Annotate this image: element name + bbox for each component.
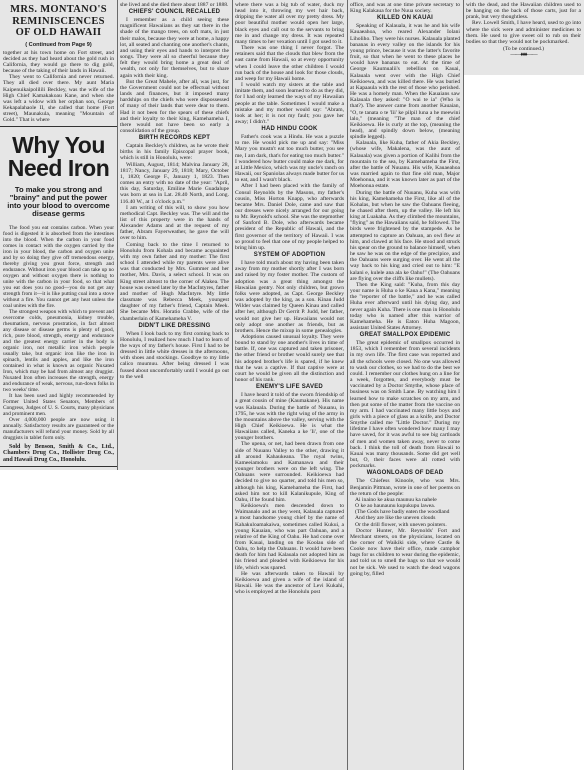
paragraph: I have heard it told of the sworn friend… xyxy=(235,392,344,441)
paragraph: Keikioewa's men descended down to Waiman… xyxy=(235,503,344,571)
end-ornament: ——♦♦♦—— xyxy=(466,52,581,58)
column-3: where there was a big tub of water, duck… xyxy=(232,0,347,770)
subhead-enemy-life: ENEMY'S LIFE SAVED xyxy=(235,384,344,391)
column-rule xyxy=(232,0,233,770)
poem-line: Or the drill flower, with uneven pointer… xyxy=(350,522,460,528)
paragraph: Adoptions caused unusual loyalty. They w… xyxy=(235,334,344,383)
paragraph: I would watch my sisters at the table an… xyxy=(235,82,344,125)
ad-sold-by: Sold by Benson, Smith & Co., Ltd., Chamb… xyxy=(3,444,114,464)
iron-advertisement: Why You Need Iron To make you strong and… xyxy=(0,126,117,467)
subhead-wagonloads: WAGONLOADS OF DEAD xyxy=(350,470,460,477)
paragraph: Father's cook was a Hindu. He was a puzz… xyxy=(235,134,344,183)
paragraph: Speaking of Kalauala, it was he and his … xyxy=(350,23,460,140)
ad-headline: Why You Need Iron xyxy=(3,134,114,180)
subhead-birth-records: BIRTH RECORDS KEPT xyxy=(120,135,229,142)
column-1: MRS. MONTANO'S REMINISCENCES OF OLD HAWA… xyxy=(0,0,117,470)
paragraph: Coming back to the time I returned to Ho… xyxy=(120,242,229,322)
ad-subheadline: To make you strong and "brainy" and put … xyxy=(3,186,114,219)
paragraph: I have told much about my having been ta… xyxy=(235,260,344,334)
column-rule xyxy=(117,0,118,470)
ad-paragraph: Over 4,000,000 people are now using it a… xyxy=(3,417,114,441)
ad-body: The food you eat contains carbon. When y… xyxy=(3,225,114,464)
paragraph: Rev. Lowell Smith, I have heard, used to… xyxy=(466,20,581,45)
subhead-chiefs-council: CHIEFS' COUNCIL RECALLED xyxy=(120,9,229,16)
column-2: she lived and she died there about 1887 … xyxy=(117,0,232,470)
ad-headline-line: Need Iron xyxy=(3,157,114,180)
paragraph: Then the King said: "Kuha, from this day… xyxy=(350,282,460,331)
paragraph: But the Great Mahele, after all, was jus… xyxy=(120,79,229,134)
title-line: OF OLD HAWAII xyxy=(3,27,114,39)
paragraph: Doctor Hunter, Mr. Reynolds' Fort and Me… xyxy=(350,528,460,577)
paragraph: The Chiefess Kinoole, who was Mrs. Benja… xyxy=(350,478,460,496)
paragraph: she lived and she died there about 1887 … xyxy=(120,2,229,8)
ad-paragraph: It has been used and highly recommended … xyxy=(3,393,114,417)
subhead-smallpox: GREAT SMALLPOX EPIDEMIC xyxy=(350,332,460,339)
column-rule xyxy=(463,0,464,770)
paragraph: Captain Beckley's children, as he wrote … xyxy=(120,143,229,161)
paragraph: There was one thing I never forgot. The … xyxy=(235,45,344,82)
title-line: REMINISCENCES xyxy=(3,16,114,28)
subhead-adoption: SYSTEM OF ADOPTION xyxy=(235,252,344,259)
paragraph: together at his town home on Fort street… xyxy=(3,50,114,75)
paragraph: Kalauala, like Kuha, father of Akia Beck… xyxy=(350,140,460,189)
paragraph: where there was a big tub of water, duck… xyxy=(235,2,344,45)
paragraph: After I had been placed with the family … xyxy=(235,183,344,251)
ad-headline-line: Why You xyxy=(3,134,114,157)
paragraph: office, and was at one time private secr… xyxy=(350,2,460,14)
article-title: MRS. MONTANO'S REMINISCENCES OF OLD HAWA… xyxy=(3,4,114,39)
subhead-hindu-cook: HAD HINDU COOK xyxy=(235,126,344,133)
subhead-dressing: DIDN'T LIKE DRESSING xyxy=(120,323,229,330)
paragraph: William, August, 1814; Malvina January 2… xyxy=(120,162,229,205)
paragraph: The great epidemic of smallpox occurred … xyxy=(350,340,460,469)
ad-paragraph: The food you eat contains carbon. When y… xyxy=(3,225,114,309)
continued-from-note: ( Continued from Page 9) xyxy=(3,42,114,48)
paragraph: I remember as a child seeing these magni… xyxy=(120,17,229,79)
paragraph: I am writing of this will, to show you h… xyxy=(120,205,229,242)
ad-paragraph: The strongest weapon with which to preve… xyxy=(3,309,114,393)
paragraph: During the battle of Nuuanu, Kuha was wi… xyxy=(350,190,460,282)
column-5: with the dead, and the Hawaiian children… xyxy=(463,0,584,75)
subhead-killed-kauai: KILLED ON KAUAI xyxy=(350,15,460,22)
paragraph: with the dead, and the Hawaiian children… xyxy=(466,2,581,20)
paragraph: The upena, or net, had been drawn from o… xyxy=(235,441,344,503)
column-rule xyxy=(347,0,348,770)
paragraph: When I look back to my first coming back… xyxy=(120,331,229,380)
title-line: MRS. MONTANO'S xyxy=(3,4,114,16)
paragraph: He was afterwards taken to Hawaii by Kei… xyxy=(235,571,344,596)
column-4: office, and was at one time private secr… xyxy=(347,0,463,770)
paragraph: They went to California and never return… xyxy=(3,74,114,123)
